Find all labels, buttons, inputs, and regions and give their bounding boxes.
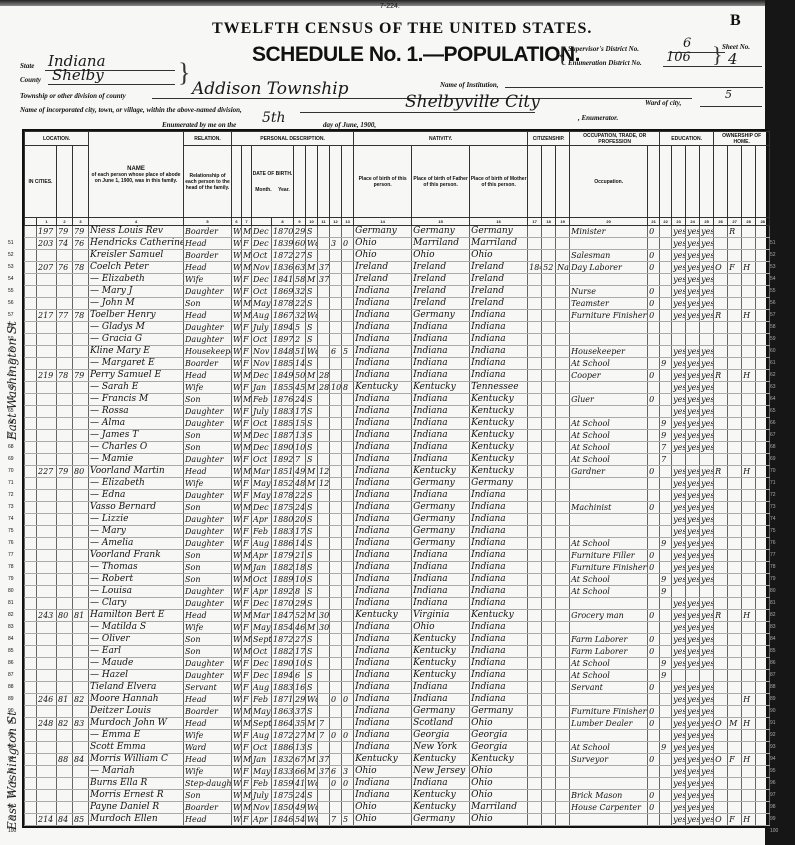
cell-children [330,682,342,694]
cell-house: 207 [37,262,57,274]
cell-street [25,790,37,802]
cell-father: Ireland [412,262,470,274]
table-row: 2197879Perry Samuel EHeadWMDec184950M28I… [25,370,770,382]
column-number: 10 [306,218,318,226]
cell-sex: F [242,346,252,358]
cell-dwelling [57,670,73,682]
cell-owned [714,670,728,682]
cell-family: 83 [73,718,89,730]
cell-immig [528,646,542,658]
cell-school [660,718,672,730]
table-row: Deitzer LouisBoarderWMMay186337SIndianaG… [25,706,770,718]
cell-relation: Daughter [184,406,232,418]
cell-occupation: Servant [570,682,648,694]
line-number: 85 [8,648,14,654]
cell-unemployed [648,274,660,286]
cell-name: — Emma E [89,730,184,742]
cell-age: 6 [294,670,306,682]
cell-living [342,586,354,598]
cell-dwelling [57,634,73,646]
cell-dwelling [57,286,73,298]
cell-yrs-us [542,694,556,706]
cell-living [342,358,354,370]
cell-school [660,610,672,622]
cell-father: Germany [412,310,470,322]
cell-family [73,778,89,790]
line-number-right: 81 [770,600,776,606]
cell-street [25,586,37,598]
cell-sex: M [242,790,252,802]
cell-farm [742,346,756,358]
cell-marital: S [306,250,318,262]
cell-dwelling: 84 [57,814,73,826]
cell-yrs-us [542,322,556,334]
cell-occupation [570,334,648,346]
cell-father: Scotland [412,718,470,730]
cell-schedule [756,658,770,670]
cell-english: yes [700,682,714,694]
cell-mortgage [728,598,742,610]
cell-nat [556,370,570,382]
cell-unemployed: 0 [648,310,660,322]
header-nativity: NATIVITY. [354,132,528,146]
cell-children [330,466,342,478]
cell-mortgage [728,406,742,418]
cell-schedule [756,238,770,250]
cell-relation: Daughter [184,454,232,466]
cell-street [25,238,37,250]
cell-nat [556,814,570,826]
cell-sex: F [242,418,252,430]
cell-age: 27 [294,250,306,262]
cell-mortgage [728,778,742,790]
cell-schedule [756,250,770,262]
cell-month: Apr [252,586,272,598]
cell-month: May [252,622,272,634]
cell-school [660,346,672,358]
cell-birth: Indiana [354,358,412,370]
cell-living [342,598,354,610]
cell-write: yes [686,346,700,358]
cell-nat [556,286,570,298]
header-years-married [318,146,330,218]
header-read [672,146,686,218]
cell-house: 243 [37,610,57,622]
cell-farm [742,274,756,286]
cell-children: 6 [330,766,342,778]
cell-color: W [232,730,242,742]
cell-schedule [756,298,770,310]
cell-age: 15 [294,418,306,430]
cell-age: 8 [294,586,306,598]
cell-mother: Kentucky [470,442,528,454]
cell-year: 1855 [272,382,294,394]
cell-family: 76 [73,238,89,250]
line-number: 94 [8,756,14,762]
cell-write: yes [686,682,700,694]
cell-dwelling [57,418,73,430]
cell-owned: R [714,310,728,322]
cell-house [37,286,57,298]
cell-father: Indiana [412,370,470,382]
cell-year: 1880 [272,514,294,526]
cell-occupation [570,730,648,742]
cell-unemployed: 0 [648,706,660,718]
cell-yrs-us [542,586,556,598]
cell-father: Kentucky [412,466,470,478]
line-number-right: 60 [770,348,776,354]
cell-sex: M [242,466,252,478]
cell-year: 1851 [272,466,294,478]
county-label: County [20,76,41,84]
header-children [330,146,342,218]
cell-schedule [756,754,770,766]
cell-sex: M [242,262,252,274]
cell-dwelling [57,334,73,346]
table-row: 8884Morris William CHeadWMJan183267M37Ke… [25,754,770,766]
cell-father: Indiana [412,562,470,574]
cell-farm: H [742,310,756,322]
cell-mother: Kentucky [470,610,528,622]
cell-marital: M [306,382,318,394]
table-row: 2438081Hamilton Bert EHeadWMMar184752M30… [25,610,770,622]
cell-immig [528,442,542,454]
cell-sex: F [242,406,252,418]
cell-mother: Kentucky [470,418,528,430]
census-title: TWELFTH CENSUS OF THE UNITED STATES. [212,20,592,38]
cell-age: 63 [294,262,306,274]
cell-marital: S [306,322,318,334]
cell-immig [528,358,542,370]
cell-owned: R [714,466,728,478]
cell-living [342,646,354,658]
column-number-row: 1234567891011121314151617181920212223242… [25,218,770,226]
cell-street [25,730,37,742]
cell-birth: Indiana [354,718,412,730]
cell-relation: Head [184,754,232,766]
table-row: — AmeliaDaughterWFAug188614SIndianaGerma… [25,538,770,550]
cell-birth: Ireland [354,274,412,286]
cell-name: Hendricks Catherine [89,238,184,250]
cell-farm [742,430,756,442]
cell-nat [556,742,570,754]
cell-name: — Clary [89,598,184,610]
cell-yrs-married [318,250,330,262]
cell-mortgage [728,694,742,706]
column-number: 27 [728,218,742,226]
cell-name: Morris Ernest R [89,790,184,802]
cell-children [330,514,342,526]
line-number: 52 [8,252,14,258]
cell-age: 60 [294,238,306,250]
cell-school [660,370,672,382]
cell-house [37,274,57,286]
cell-mother: Indiana [470,694,528,706]
cell-children: 10 [330,382,342,394]
cell-month: Aug [252,682,272,694]
cell-owned [714,394,728,406]
cell-unemployed [648,538,660,550]
cell-sex: F [242,730,252,742]
cell-name: — Mary J [89,286,184,298]
cell-school [660,514,672,526]
cell-dwelling [57,382,73,394]
cell-age: 7 [294,454,306,466]
cell-farm: H [742,466,756,478]
cell-sex: F [242,538,252,550]
cell-mortgage [728,658,742,670]
table-row: — James TSonWMDec188713SIndianaIndianaKe… [25,430,770,442]
cell-school: 9 [660,418,672,430]
cell-read: yes [672,298,686,310]
cell-mortgage: F [728,262,742,274]
cell-birth: Indiana [354,310,412,322]
cell-father: Indiana [412,574,470,586]
cell-unemployed: 0 [648,718,660,730]
sheet-number: 4 [728,50,738,68]
cell-color: W [232,394,242,406]
cell-birth: Kentucky [354,382,412,394]
cell-occupation [570,382,648,394]
cell-family: 81 [73,610,89,622]
cell-schedule [756,610,770,622]
cell-month: Feb [252,778,272,790]
line-number: 76 [8,540,14,546]
cell-family [73,706,89,718]
cell-family: 78 [73,262,89,274]
cell-write: yes [686,394,700,406]
cell-relation: Daughter [184,286,232,298]
column-number [25,218,37,226]
column-number: 13 [342,218,354,226]
cell-owned [714,526,728,538]
cell-house [37,298,57,310]
cell-unemployed: 0 [648,298,660,310]
cell-relation: Son [184,562,232,574]
cell-nat [556,382,570,394]
cell-yrs-married [318,334,330,346]
cell-dwelling [57,658,73,670]
cell-yrs-married [318,310,330,322]
cell-school [660,334,672,346]
line-number-right: 88 [770,684,776,690]
cell-nat [556,718,570,730]
cell-english: yes [700,634,714,646]
cell-color: W [232,250,242,262]
cell-dwelling [57,322,73,334]
line-number-right: 70 [770,468,776,474]
cell-year: 1832 [272,754,294,766]
cell-name: — Sarah E [89,382,184,394]
cell-dwelling [57,250,73,262]
cell-immig [528,406,542,418]
cell-month: Dec [252,502,272,514]
cell-schedule [756,790,770,802]
cell-house: 214 [37,814,57,826]
cell-read: yes [672,310,686,322]
column-number: 21 [648,218,660,226]
cell-write: yes [686,298,700,310]
cell-mother: Indiana [470,646,528,658]
cell-yrs-married: 37 [318,262,330,274]
cell-age: 22 [294,490,306,502]
cell-owned [714,382,728,394]
cell-sex: M [242,310,252,322]
cell-occupation [570,778,648,790]
cell-mother: Indiana [470,490,528,502]
cell-immig [528,370,542,382]
cell-unemployed [648,814,660,826]
cell-farm: H [742,814,756,826]
cell-immig [528,562,542,574]
cell-family [73,622,89,634]
cell-schedule [756,358,770,370]
cell-farm [742,238,756,250]
cell-children [330,370,342,382]
cell-marital: M [306,262,318,274]
cell-birth: Indiana [354,778,412,790]
cell-owned [714,694,728,706]
cell-read: yes [672,430,686,442]
state-label: State [20,62,34,70]
table-row: — Gladys MDaughterWFJuly18945SIndianaInd… [25,322,770,334]
cell-mother: Germany [470,478,528,490]
line-number: 88 [8,684,14,690]
cell-family [73,394,89,406]
cell-street [25,394,37,406]
cell-english: yes [700,778,714,790]
cell-age: 32 [294,310,306,322]
line-number: 60 [8,348,14,354]
header-naturalization [556,146,570,218]
cell-english: yes [700,718,714,730]
cell-farm [742,406,756,418]
cell-english: yes [700,286,714,298]
cell-relation: Daughter [184,586,232,598]
cell-sex: F [242,778,252,790]
cell-street [25,274,37,286]
cell-school [660,682,672,694]
cell-occupation [570,766,648,778]
cell-write: yes [686,718,700,730]
cell-street [25,430,37,442]
cell-month: Oct [252,418,272,430]
header-years-us [542,146,556,218]
cell-sex: F [242,478,252,490]
cell-children [330,790,342,802]
cell-children [330,622,342,634]
cell-name: — Hazel [89,670,184,682]
cell-owned [714,346,728,358]
cell-owned [714,778,728,790]
cell-read: yes [672,442,686,454]
cell-yrs-us [542,298,556,310]
cell-marital: S [306,550,318,562]
table-row: 2077678Coelch PeterHeadWMNov183663M37Ire… [25,262,770,274]
cell-mother: Indiana [470,550,528,562]
cell-living [342,262,354,274]
header-in-cities: IN CITIES. [25,146,57,218]
cell-street [25,754,37,766]
cell-living [342,286,354,298]
cell-living [342,526,354,538]
cell-month: May [252,706,272,718]
cell-farm [742,766,756,778]
cell-relation: Servant [184,682,232,694]
cell-immig [528,610,542,622]
cell-yrs-us [542,682,556,694]
cell-farm [742,670,756,682]
cell-children [330,634,342,646]
table-row: — HazelDaughterWFDec18946SIndianaKentuck… [25,670,770,682]
cell-year: 1872 [272,730,294,742]
cell-street [25,514,37,526]
cell-unemployed [648,442,660,454]
cell-children: 0 [330,778,342,790]
cell-school [660,478,672,490]
cell-relation: Housekeeper [184,346,232,358]
cell-birth: Indiana [354,586,412,598]
cell-occupation: Cooper [570,370,648,382]
cell-immig [528,778,542,790]
cell-sex: F [242,658,252,670]
cell-write: yes [686,310,700,322]
cell-house [37,550,57,562]
cell-farm [742,322,756,334]
line-number: 77 [8,552,14,558]
cell-month: Dec [252,226,272,238]
cell-name: Voorland Martin [89,466,184,478]
header-marital [306,146,318,218]
cell-nat [556,706,570,718]
cell-birth: Indiana [354,562,412,574]
table-row: Scott EmmaWardWFOct188613SIndianaNew Yor… [25,742,770,754]
ward-line [700,106,762,107]
cell-street [25,382,37,394]
cell-name: Burns Ella R [89,778,184,790]
cell-write: yes [686,706,700,718]
cell-nat [556,442,570,454]
cell-street [25,562,37,574]
cell-name: — Elizabeth [89,274,184,286]
line-number-right: 54 [770,276,776,282]
cell-living [342,274,354,286]
cell-read: yes [672,502,686,514]
line-number: 78 [8,564,14,570]
cell-write: yes [686,574,700,586]
cell-owned [714,322,728,334]
cell-nat [556,298,570,310]
cell-owned [714,634,728,646]
cell-father: Germany [412,502,470,514]
cell-occupation: At School [570,670,648,682]
table-row: 2468182Moore HannahHeadWFFeb187129Wd00In… [25,694,770,706]
line-number: 79 [8,576,14,582]
table-row: — ThomasSonWMJan188218SIndianaIndianaInd… [25,562,770,574]
cell-children [330,742,342,754]
cell-school [660,262,672,274]
cell-name: — Charles O [89,442,184,454]
cell-name: — Edna [89,490,184,502]
cell-unemployed: 0 [648,286,660,298]
header-birth: DATE OF BIRTH.Month.Year. [252,146,294,218]
cell-mother: Ireland [470,298,528,310]
cell-month: Oct [252,334,272,346]
cell-read: yes [672,370,686,382]
cell-house [37,670,57,682]
cell-relation: Daughter [184,670,232,682]
cell-owned [714,706,728,718]
